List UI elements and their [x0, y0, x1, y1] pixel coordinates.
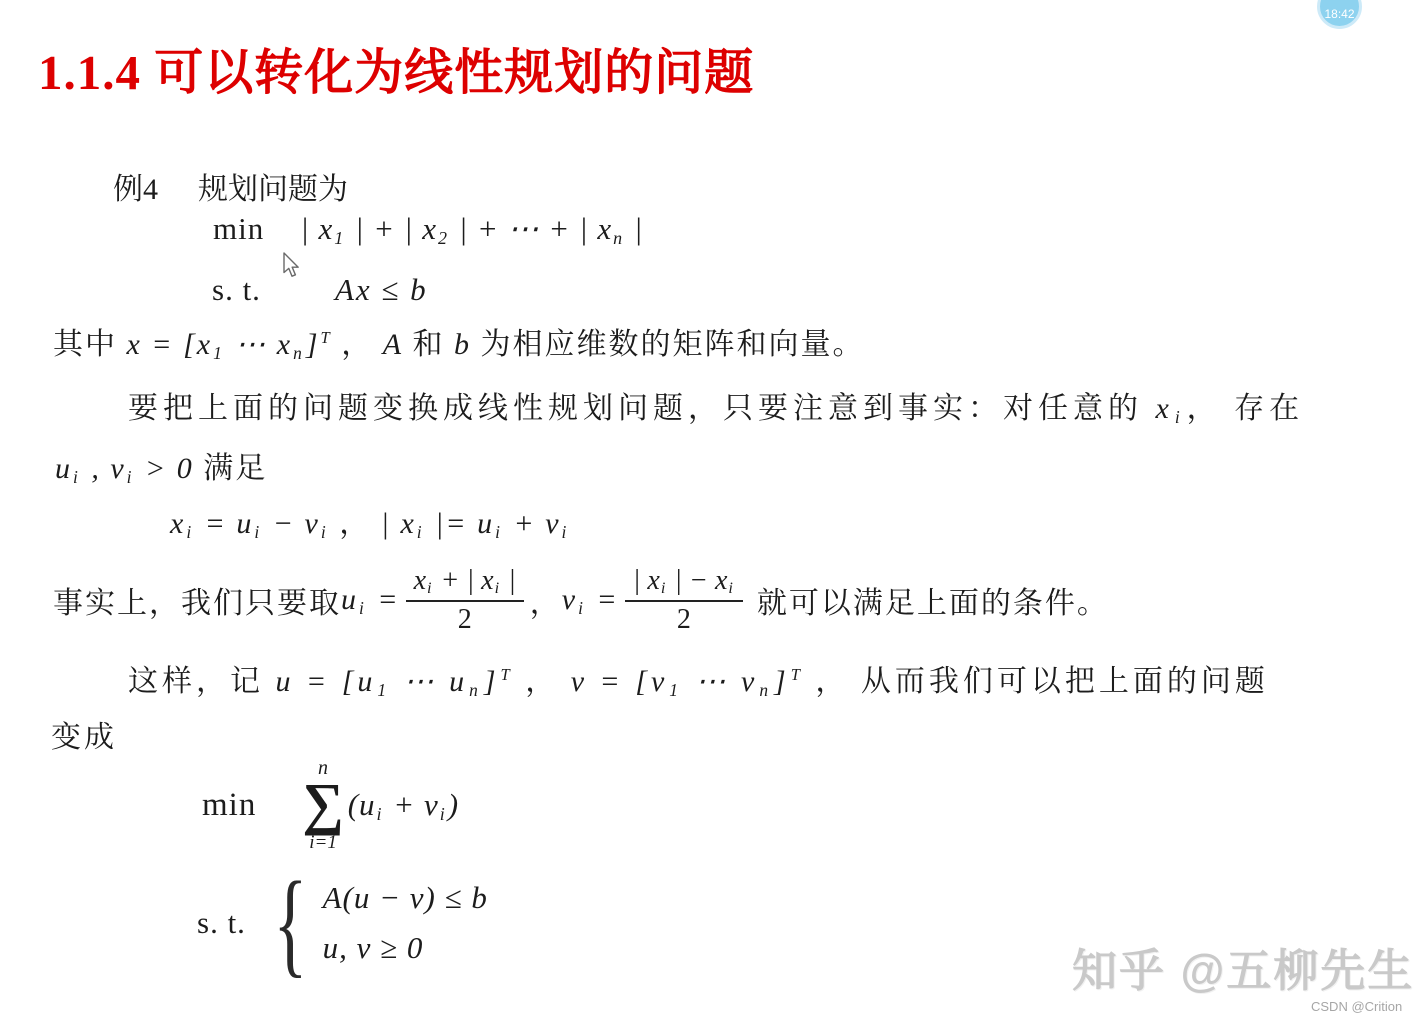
- page-title: 1.1.4 可以转化为线性规划的问题: [38, 34, 754, 104]
- final-objective-line: min n ∑ i=1 (ui + vi): [202, 758, 459, 852]
- v-definition-lhs: vi =: [562, 583, 619, 617]
- csdn-watermark: CSDN @Crition: [1311, 999, 1402, 1014]
- min-keyword: min: [213, 211, 264, 246]
- example-intro: 规划问题为: [198, 173, 348, 206]
- paragraph-line-2: ui , vi > 0 满足: [55, 443, 267, 487]
- where-definition-line: 其中 x = [x1 ⋯ xn]T ， A 和 b 为相应维数的矩阵和向量。: [53, 319, 865, 363]
- timestamp-bubble: 18:42: [1317, 0, 1362, 29]
- summation-symbol: n ∑ i=1: [302, 758, 343, 852]
- constraint-row-1: A(u − v) ≤ b: [323, 880, 488, 916]
- paragraph-line-1: 要把上面的问题变换成线性规划问题，只要注意到事实：对任意的 xi， 存在: [128, 383, 1304, 427]
- where-expression: x = [x1 ⋯ xn]T ， A 和 b 为相应维数的矩阵和向量。: [127, 328, 865, 361]
- timestamp-label: 18:42: [1324, 7, 1354, 21]
- fraction-v: | xi | − xi 2: [625, 565, 743, 636]
- fraction-u-denominator: 2: [458, 602, 472, 636]
- summation-lower-limit: i=1: [309, 833, 337, 852]
- final-objective-expression: (ui + vi): [348, 787, 459, 823]
- subject-to-keyword: s. t.: [197, 905, 246, 941]
- fraction-u-numerator: xi + | xi |: [406, 565, 524, 602]
- identity-equation: xi = ui − vi ， | xi |= ui + vi: [170, 498, 570, 542]
- where-prefix: 其中: [53, 328, 127, 361]
- fact-suffix: 就可以满足上面的条件。: [757, 578, 1109, 622]
- constraint-expression: Ax ≤ b: [335, 272, 428, 307]
- fact-comma: ，: [530, 578, 562, 622]
- min-keyword: min: [202, 787, 256, 824]
- constraint-row-2: u, v ≥ 0: [323, 930, 488, 966]
- example-label: 例4: [113, 173, 158, 206]
- zhihu-watermark: 知乎 @五柳先生: [1072, 934, 1414, 999]
- mouse-cursor-icon: [282, 252, 302, 280]
- fraction-u: xi + | xi | 2: [406, 565, 524, 636]
- u-definition-lhs: ui =: [341, 583, 400, 617]
- final-constraint-system: s. t. { A(u − v) ≤ b u, v ≥ 0: [197, 864, 488, 982]
- fact-prefix: 事实上，我们只要取: [53, 578, 341, 622]
- thus-line: 这样，记 u = [u1 ⋯ un]T ， v = [v1 ⋯ vn]T ， 从…: [128, 656, 1269, 700]
- system-brace: {: [273, 864, 307, 982]
- fact-line: 事实上，我们只要取 ui = xi + | xi | 2 ， vi = | xi…: [53, 552, 1109, 648]
- objective-expression: | x1 | + | x2 | + ⋯ + | xn |: [300, 211, 643, 246]
- fraction-v-numerator: | xi | − xi: [625, 565, 743, 602]
- example-heading: 例4规划问题为: [113, 164, 348, 208]
- objective-line-1: min| x1 | + | x2 | + ⋯ + | xn |: [213, 211, 643, 247]
- subject-to-keyword: s. t.: [212, 272, 261, 307]
- slide-page: 1.1.4 可以转化为线性规划的问题 例4规划问题为 min| x1 | + |…: [0, 0, 1417, 1021]
- constraint-line-1: s. t.Ax ≤ b: [212, 272, 428, 308]
- sigma-glyph: ∑: [302, 776, 343, 831]
- constraint-rows: A(u − v) ≤ b u, v ≥ 0: [313, 880, 488, 966]
- fraction-v-denominator: 2: [677, 602, 691, 636]
- becomes-label: 变成: [51, 712, 117, 756]
